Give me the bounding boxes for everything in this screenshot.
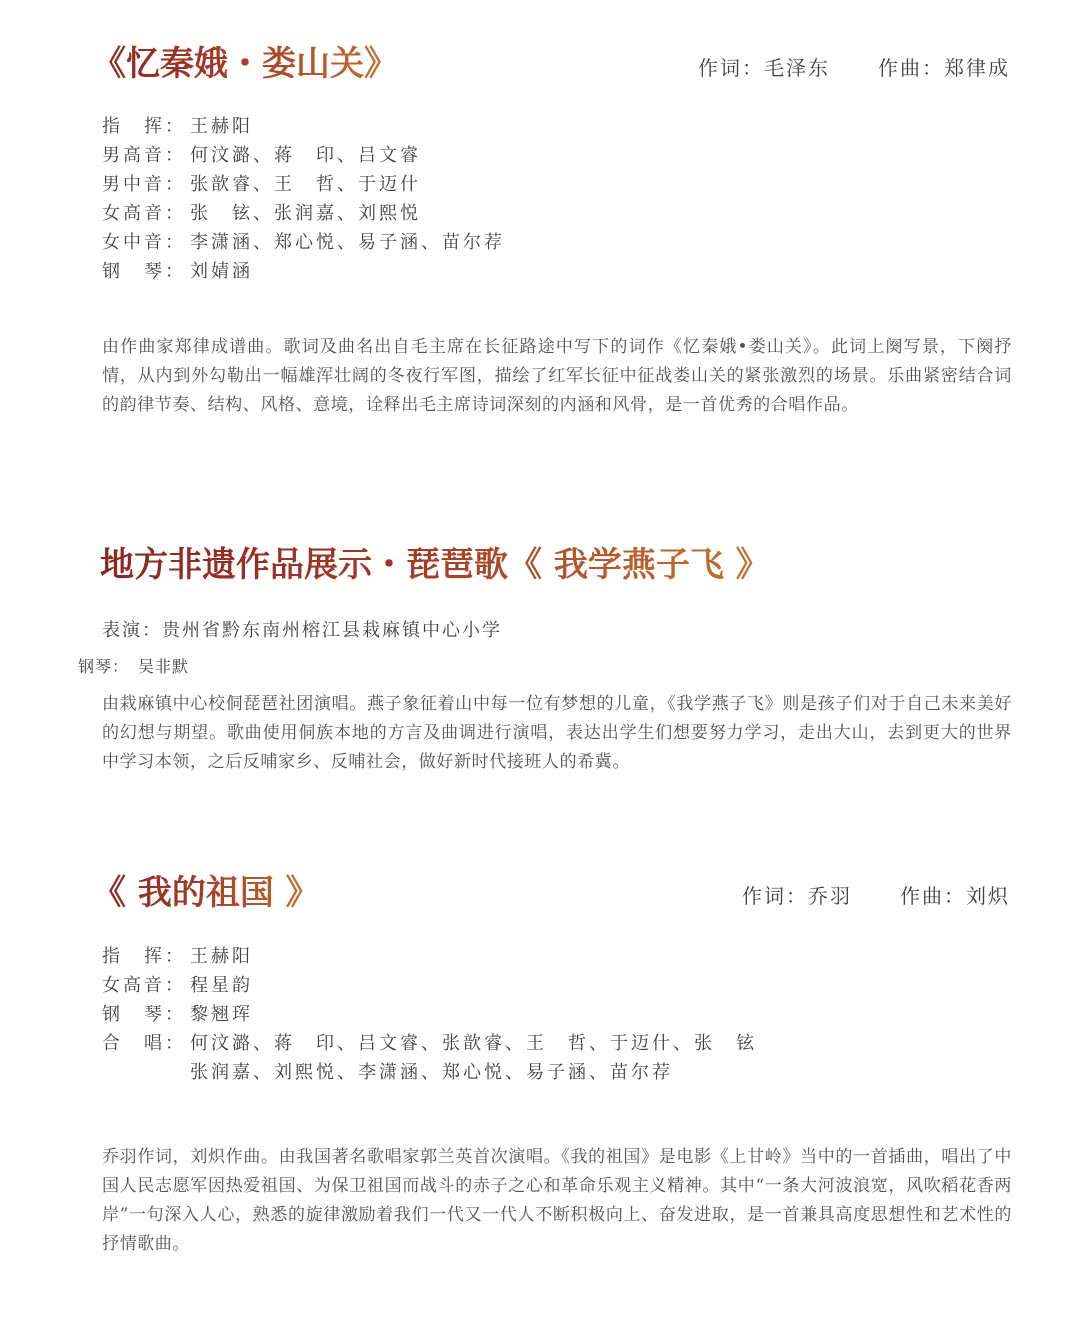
cast-names: 何汶潞、蒋 印、吕文睿 (190, 141, 421, 170)
cast-row: 合 唱：何汶潞、蒋 印、吕文睿、张歆睿、王 哲、于迈什、张 铉 (102, 1029, 757, 1058)
song-credits: 作词：毛泽东作曲：郑律成 (698, 52, 1010, 81)
cast-row: 女中音：李潇涵、郑心悦、易子涵、苗尔荐 (102, 228, 505, 257)
cast-row: 男高音：何汶潞、蒋 印、吕文睿 (102, 141, 505, 170)
cast-list: 指 挥：王赫阳 男高音：何汶潞、蒋 印、吕文睿 男中音：张歆睿、王 哲、于迈什 … (102, 112, 505, 286)
cast-row: 钢 琴：黎翘珲 (102, 1000, 757, 1029)
piano-line: 钢琴： 吴非默 (78, 654, 189, 677)
cast-names: 何汶潞、蒋 印、吕文睿、张歆睿、王 哲、于迈什、张 铉 (190, 1029, 757, 1058)
song-description: 乔羽作词，刘炽作曲。由我国著名歌唱家郭兰英首次演唱。《我的祖国》是电影《上甘岭》… (102, 1143, 1012, 1259)
cast-role: 钢 琴： (102, 257, 190, 286)
cast-role: 指 挥： (102, 112, 190, 141)
cast-role: 女高音： (102, 971, 190, 1000)
song-title-wode-zuguo: 《 我的祖国 》 (92, 873, 320, 913)
cast-names: 黎翘珲 (190, 1000, 253, 1029)
cast-row: 钢 琴：刘婧涵 (102, 257, 505, 286)
cast-names: 刘婧涵 (190, 257, 253, 286)
cast-row: 男中音：张歆睿、王 哲、于迈什 (102, 170, 505, 199)
cast-row: 女高音：程星韵 (102, 971, 757, 1000)
cast-list: 指 挥：王赫阳 女高音：程星韵 钢 琴：黎翘珲 合 唱：何汶潞、蒋 印、吕文睿、… (102, 942, 757, 1087)
cast-row: 指 挥：王赫阳 (102, 942, 757, 971)
cast-row: 指 挥：王赫阳 (102, 112, 505, 141)
lyricist: 作词：乔羽 (742, 884, 852, 908)
song-title-yiqine-loushanguan: 《忆秦娥・娄山关》 (92, 44, 398, 84)
cast-role: 男中音： (102, 170, 190, 199)
cast-names: 张歆睿、王 哲、于迈什 (190, 170, 421, 199)
song-description: 由作曲家郑律成谱曲。歌词及曲名出自毛主席在长征路途中写下的词作《忆秦娥•娄山关》… (102, 333, 1012, 420)
song-description: 由栽麻镇中心校侗琵琶社团演唱。燕子象征着山中每一位有梦想的儿童，《我学燕子飞》则… (102, 690, 1012, 777)
cast-role: 女中音： (102, 228, 190, 257)
cast-names: 李潇涵、郑心悦、易子涵、苗尔荐 (190, 228, 505, 257)
cast-row: 女高音：张 铉、张润嘉、刘熙悦 (102, 199, 505, 228)
composer: 作曲：郑律成 (878, 56, 1010, 80)
cast-role: 男高音： (102, 141, 190, 170)
cast-names: 张 铉、张润嘉、刘熙悦 (190, 199, 421, 228)
cast-role: 女高音： (102, 199, 190, 228)
song-credits: 作词：乔羽作曲：刘炽 (742, 880, 1010, 909)
cast-names: 王赫阳 (190, 942, 253, 971)
cast-names: 王赫阳 (190, 112, 253, 141)
cast-role: 钢 琴： (102, 1000, 190, 1029)
cast-role: 指 挥： (102, 942, 190, 971)
cast-row-continued: 张润嘉、刘熙悦、李潇涵、郑心悦、易子涵、苗尔荐 (102, 1058, 757, 1087)
song-title-woxue-yanzifei: 地方非遗作品展示・琵琶歌《 我学燕子飞 》 (100, 545, 770, 585)
cast-names: 程星韵 (190, 971, 253, 1000)
composer: 作曲：刘炽 (900, 884, 1010, 908)
lyricist: 作词：毛泽东 (698, 56, 830, 80)
cast-role: 合 唱： (102, 1029, 190, 1058)
performer-line: 表演：贵州省黔东南州榕江县栽麻镇中心小学 (102, 616, 502, 642)
